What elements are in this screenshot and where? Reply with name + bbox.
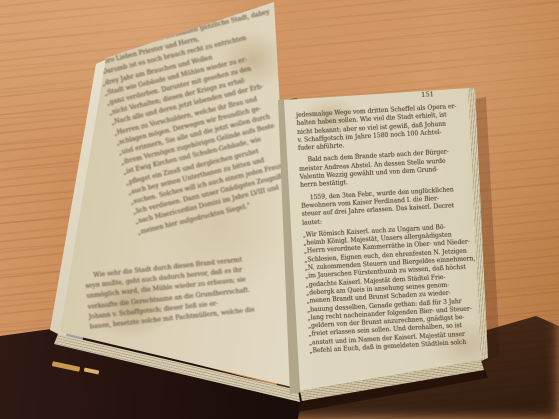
photo-vignette: [0, 0, 559, 419]
photo-open-book-on-table: 150 „Nachlässiges werden dermahlen gänzl…: [0, 0, 559, 419]
